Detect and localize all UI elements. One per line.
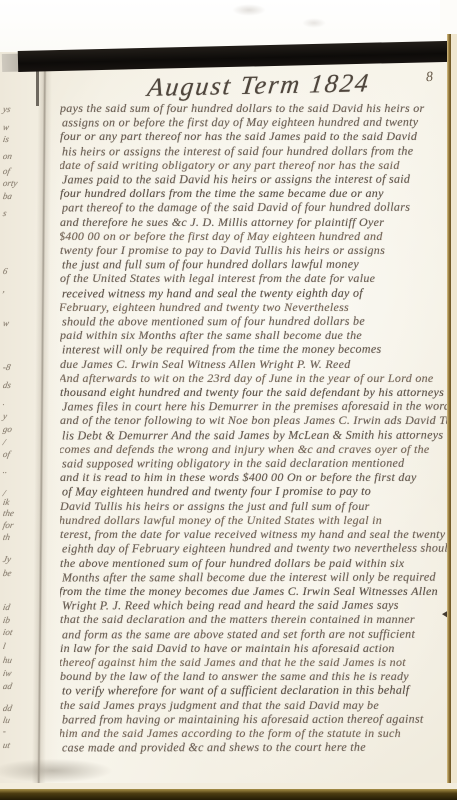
manuscript-line: his heirs or assigns the interest of sai…	[62, 143, 452, 158]
margin-fragment: on	[2, 151, 13, 161]
manuscript-line: the above mentioned sum of four hundred …	[60, 556, 452, 570]
manuscript-line: pays the said sum of four hundred dollar…	[60, 101, 452, 115]
manuscript-line: in law for the said David to have or mai…	[60, 641, 452, 655]
manuscript-line: from the time the money becomes due Jame…	[60, 584, 451, 598]
margin-fragment: go	[2, 424, 13, 434]
margin-fragment: iot	[2, 627, 13, 637]
manuscript-line: barred from having or maintaining his af…	[62, 711, 452, 726]
manuscript-line: paid within six Months after the same sh…	[60, 328, 452, 342]
manuscript-line: February, eighteen hundred and twenty tw…	[60, 300, 451, 314]
margin-fragment: iw	[2, 668, 12, 678]
manuscript-line: the said James prays judgment and that t…	[60, 698, 452, 712]
scanned-manuscript-page: yswisonofortybas6,w-8ds.ygo/of../ikthefo…	[0, 0, 457, 800]
manuscript-line: should the above mentioned sum of four h…	[62, 314, 452, 329]
manuscript-body: pays the said sum of four hundred dollar…	[60, 101, 452, 761]
manuscript-line: him and the said James according to the …	[60, 726, 451, 740]
manuscript-line: date of said writing obligatory or any p…	[60, 158, 451, 172]
manuscript-line: interest will only be required from the …	[62, 342, 452, 357]
manuscript-line: assigns on or before the first day of Ma…	[62, 115, 452, 130]
margin-fragment: ys	[2, 104, 11, 114]
manuscript-line: bound by the law of the land to answer t…	[60, 669, 452, 683]
manuscript-line: to verify wherefore for want of a suffic…	[62, 683, 452, 698]
manuscript-line: and of the tenor following to wit Noe bo…	[60, 413, 452, 427]
manuscript-line: thousand eight hundred and twenty four t…	[60, 385, 452, 399]
manuscript-line: and form as the same are above stated an…	[62, 626, 452, 641]
photo-margin-right	[451, 34, 457, 800]
margin-fragment: ba	[2, 191, 13, 201]
manuscript-line: And afterwards to wit on the 23rd day of…	[60, 371, 451, 385]
paper-stain	[232, 4, 266, 16]
margin-fragment: -8	[2, 362, 11, 372]
manuscript-line: four hundred dollars from the time the s…	[60, 186, 452, 200]
manuscript-line: received witness my hand and seal the tw…	[62, 285, 452, 300]
manuscript-line: part thereof to the damage of the said D…	[62, 200, 452, 215]
margin-fragment: the	[2, 508, 15, 518]
binding-fold-top-mark	[36, 66, 39, 106]
manuscript-line: and it is read to him in these words $40…	[60, 470, 452, 484]
margin-fragment: ik	[2, 497, 10, 507]
manuscript-line: $400 00 on or before the first day of Ma…	[60, 229, 451, 243]
manuscript-line: terest, from the date for value received…	[60, 527, 452, 541]
manuscript-line: of the United States with legal interest…	[60, 271, 452, 285]
manuscript-line: twenty four I promise to pay to David Tu…	[60, 243, 452, 257]
manuscript-line: that the said declaration and the matter…	[60, 612, 452, 626]
manuscript-line: hundred dollars lawful money of the Unit…	[60, 513, 451, 527]
page-title: August Term 1824	[146, 67, 430, 103]
manuscript-line: said supposed writing obligatory in the …	[62, 456, 452, 471]
margin-fragment: hu	[2, 655, 13, 665]
photo-border-bottom	[0, 789, 457, 800]
manuscript-line: lis Debt & Demurrer And the said James b…	[62, 427, 452, 442]
margin-fragment: for	[2, 520, 14, 530]
manuscript-line: thereof against him the said James and t…	[60, 655, 451, 669]
photo-border-right	[447, 34, 451, 794]
manuscript-line: case made and provided &c and shews to t…	[62, 740, 452, 755]
manuscript-line: the just and full sum of four hundred do…	[62, 257, 452, 272]
manuscript-line: James paid to the said David his heirs o…	[62, 172, 452, 187]
manuscript-line: Wright P. J. Reed which being read and h…	[62, 598, 452, 613]
manuscript-line: Months after the same shall become due t…	[62, 569, 452, 584]
manuscript-line: David Tullis his heirs or assigns the ju…	[60, 499, 452, 513]
manuscript-line: due James C. Irwin Seal Witness Allen Wr…	[60, 357, 452, 371]
paper-stain	[302, 18, 326, 28]
manuscript-line: of May eighteen hundred and twenty four …	[62, 484, 452, 499]
manuscript-line: four or any part thereof nor has the sai…	[60, 129, 452, 143]
manuscript-line: eighth day of February eighteen hundred …	[62, 541, 452, 556]
margin-fragment: orty	[2, 178, 18, 188]
margin-fragment: be	[2, 568, 12, 578]
manuscript-line: comes and defends the wrong and injury w…	[60, 442, 451, 456]
manuscript-line: and therefore he sues &c J. D. Millis at…	[60, 215, 452, 229]
manuscript-line: James files in court here his Demurrer i…	[62, 399, 452, 414]
margin-fragment: dd	[2, 703, 13, 713]
margin-fragment: ad	[2, 681, 13, 691]
